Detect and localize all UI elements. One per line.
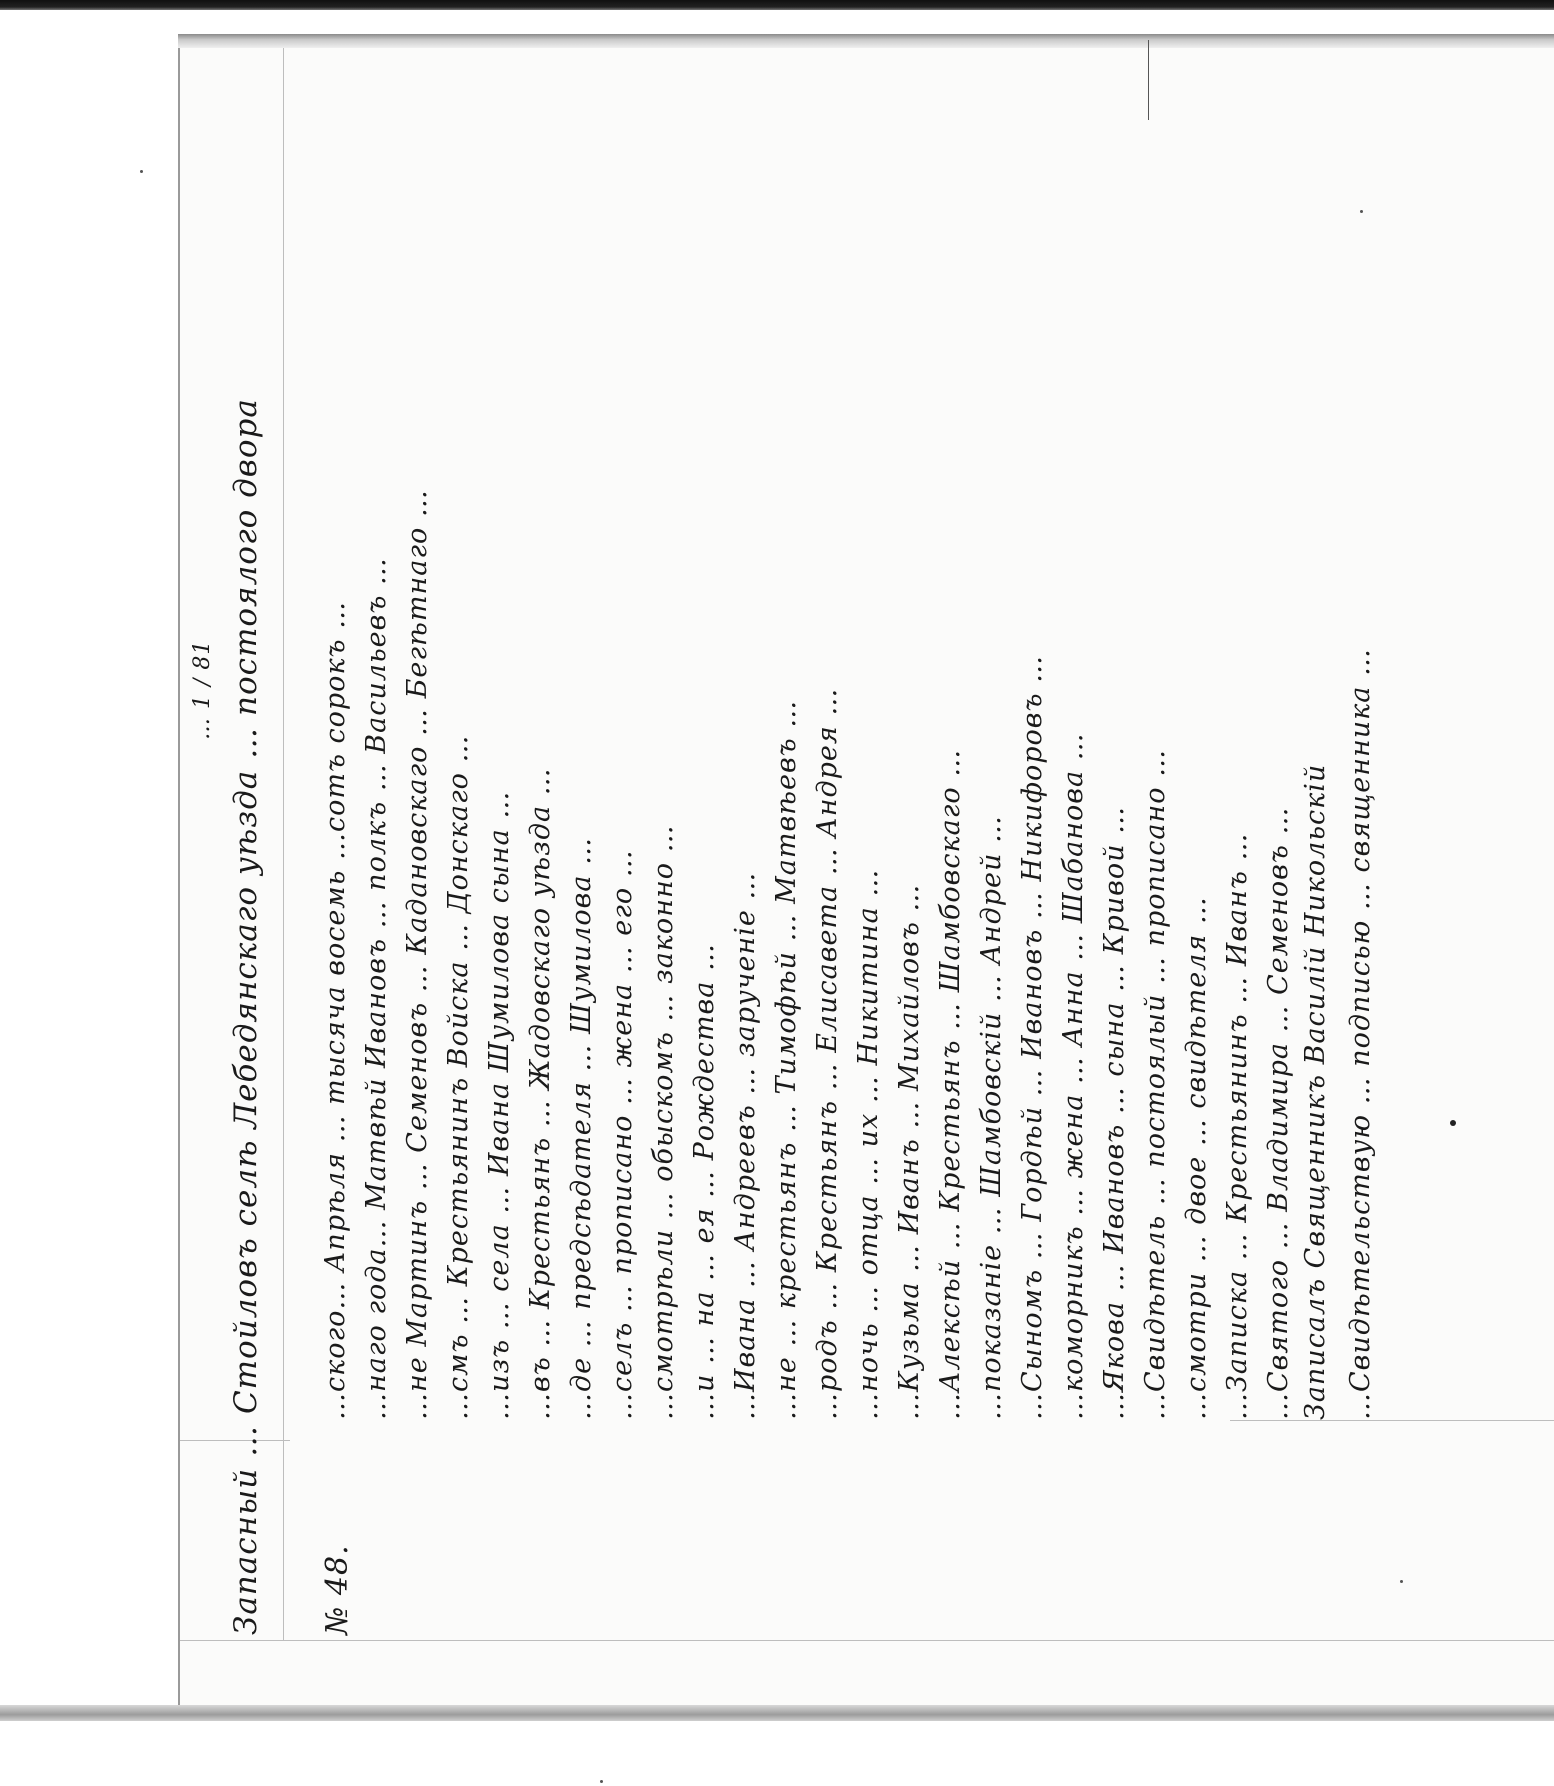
scan-speck (1400, 1580, 1403, 1583)
margin-header: … 1 / 81 (190, 640, 215, 740)
body-line: …изъ … села … Ивана Шумилова сына … (484, 791, 515, 1420)
body-line: …Кузьма … Иванъ … Михайловъ … (894, 884, 925, 1420)
record-number: № 48. (320, 1544, 355, 1635)
body-line: …ночь … отца … их … Никитина … (853, 869, 884, 1420)
body-line: …Ивана … Андреевъ … зарученіе … (730, 872, 761, 1420)
body-line: …не Мартинъ … Семеновъ … Кадановскаго … … (402, 489, 433, 1420)
scan-speck (600, 1780, 603, 1783)
scanner-top-edge (0, 0, 1554, 10)
body-line: …де … предсѣдателя … Шумилова … (566, 837, 597, 1420)
margin-rule (283, 48, 284, 1640)
body-line: …показаніе … Шамбовскій … Андрей … (976, 815, 1007, 1420)
body-line: …въ … Крестьянъ … Жадовскаго уѣзда … (525, 767, 556, 1420)
body-line: …и … на … ея … Рождества … (689, 943, 720, 1420)
body-line: …ского… Апрѣля … тысяча восемь …сотъ сор… (320, 601, 351, 1420)
body-line: …Якова … Ивановъ … сына … Кривой … (1099, 806, 1130, 1420)
body-line: …смотри … двое … свидѣтеля … (1181, 896, 1212, 1420)
ink-dot (1450, 1120, 1456, 1126)
body-line: …смъ … Крестьянинъ Войска … Донскаго … (443, 735, 474, 1420)
body-line: …смотрѣли … обыскомъ … законно … (648, 824, 679, 1420)
body-line: …коморникъ … жена … Анна … Шабанова … (1058, 732, 1089, 1420)
right-cell-rule (1230, 1420, 1554, 1421)
body-line: …Сыномъ … Гордѣй … Ивановъ … Никифоровъ … (1017, 655, 1048, 1420)
body-line: …селъ … прописано … жена … его … (607, 849, 638, 1420)
body-line: …не … крестьянъ … Тимофѣй … Матвѣевъ … (771, 700, 802, 1420)
body-line: …наго года… Матвѣй Ивановъ … полкъ … Вас… (361, 557, 392, 1420)
header-line: Запасный … Стойловъ селѣ Лебедянскаго уѣ… (228, 398, 264, 1635)
body-line: …Записка … Крестьянинъ … Иванъ … (1222, 832, 1253, 1420)
page-bottom-edge (0, 1705, 1554, 1721)
bottom-rule (180, 1640, 1554, 1641)
column-rule-top (1148, 40, 1149, 120)
page-top-edge (178, 34, 1554, 48)
scan-speck (140, 170, 143, 173)
body-line: …Святого … Владимира … Семеновъ … (1263, 807, 1294, 1420)
body-line: …Свидѣтель … постоялый … прописано … (1140, 749, 1171, 1420)
body-line: …Алексѣй … Крестьянъ … Шамбовскаго … (935, 749, 966, 1420)
closing-line: …Свидѣтельствую … подписью … священника … (1345, 648, 1376, 1420)
closing-line: Записалъ Священникъ Василій Никольскій (1300, 764, 1331, 1420)
scan-speck (1360, 210, 1363, 213)
body-line: …родъ … Крестьянъ … Елисавета … Андрея … (812, 688, 843, 1420)
